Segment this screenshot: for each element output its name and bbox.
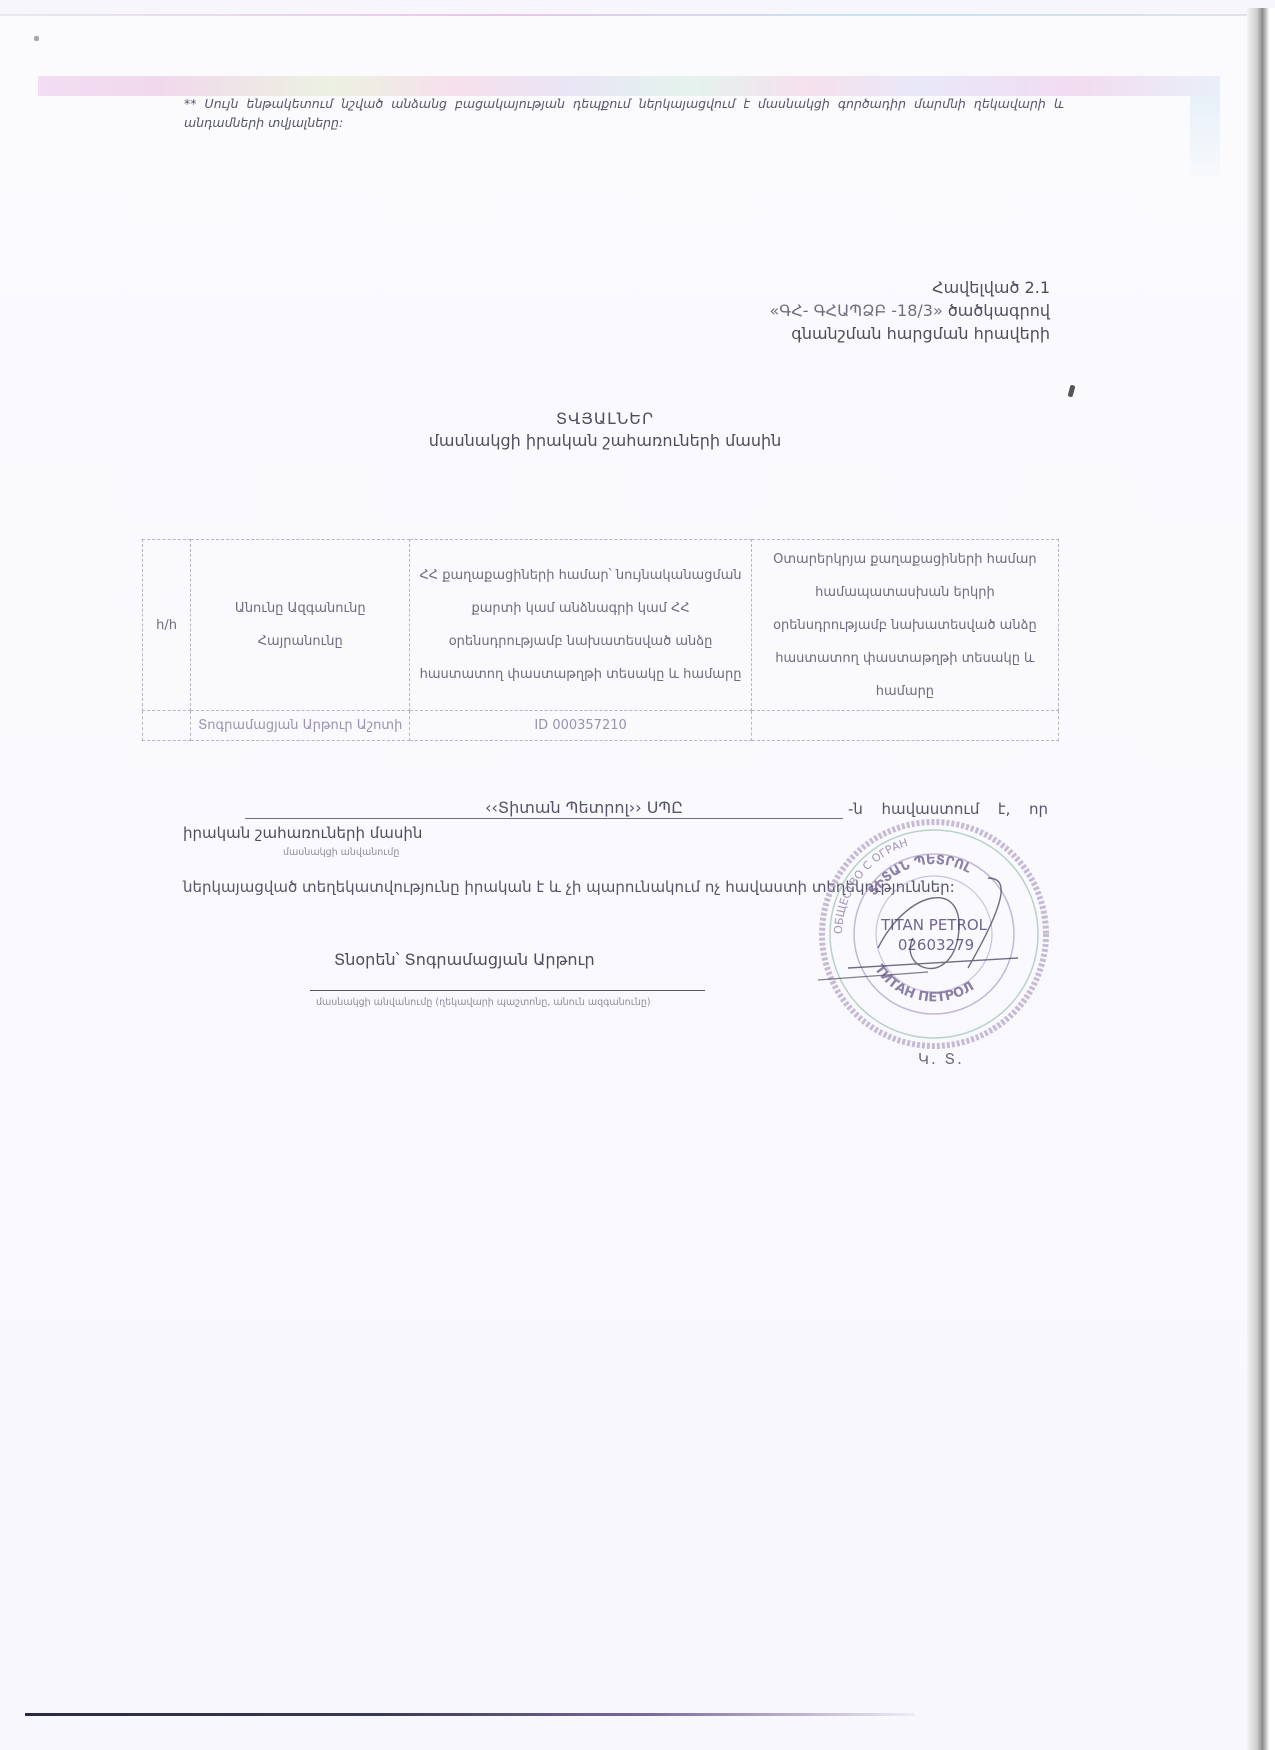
scan-speck — [34, 36, 39, 41]
director-name: Տնօրեն՝ Տոգրամացյան Արթուր — [334, 950, 595, 969]
annex-reference: Հավելված 2.1 «ԳՀ- ԳՀԱՊՁԲ -18/3» ծածկագրո… — [769, 276, 1050, 345]
seal-label: Կ. Տ. — [918, 1050, 964, 1068]
annex-code-line: «ԳՀ- ԳՀԱՊՁԲ -18/3» ծածկագրով — [769, 299, 1050, 322]
header-full-name: Անունը Ազգանունը Հայրանունը — [191, 540, 410, 711]
annex-number: Հավելված 2.1 — [769, 276, 1050, 299]
cell-number — [143, 711, 191, 741]
title-subtitle: մասնակցի իրական շահառուների մասին — [380, 430, 830, 452]
company-name: ‹‹Տիտան Պետրոլ›› ՍՊԸ — [245, 798, 843, 817]
scan-color-artifact — [38, 76, 1220, 96]
header-ra-citizen-document: ՀՀ քաղաքացիների համար՝ նույնականացման քա… — [410, 540, 752, 711]
document-title: ՏՎՅԱԼՆԵՐ մասնակցի իրական շահառուների մաս… — [380, 408, 830, 452]
beneficiaries-table: հ/հ Անունը Ազգանունը Հայրանունը ՀՀ քաղաք… — [142, 539, 1059, 741]
cell-ra-document: ID 000357210 — [410, 711, 752, 741]
signature-caption: մասնակցի անվանումը (ղեկավարի պաշտոնը, ան… — [316, 997, 651, 1008]
title-main: ՏՎՅԱԼՆԵՐ — [380, 408, 830, 430]
signature-line — [310, 990, 705, 991]
scanner-edge-shadow — [1247, 8, 1275, 1750]
scan-color-artifact-right — [1190, 96, 1220, 176]
company-stamp-icon: ОБЩЕСТВО С ОГРАН ՏԻՏԱՆ ՊԵՏՐՈԼ ТИТАН ПЕТР… — [818, 818, 1050, 1050]
svg-text:TITAN PETROL: TITAN PETROL — [880, 916, 988, 934]
footnote: ** Սույն ենթակետում նշված անձանց բացակայ… — [184, 94, 1064, 132]
svg-text:02603279: 02603279 — [898, 936, 974, 954]
cell-full-name: Տոգրամացյան Արթուր Աշոտի — [191, 711, 410, 741]
annex-code-suffix: ծածկագրով — [943, 301, 1050, 320]
header-foreign-citizen-document: Օտարերկրյա քաղաքացիների համար համապատասխ… — [751, 540, 1058, 711]
participant-caption: մասնակցի անվանումը — [283, 847, 399, 858]
page-top-edge — [0, 14, 1250, 16]
declaration-suffix: -ն հավաստում է, որ — [848, 800, 1048, 818]
declaration-line-2: իրական շահառուների մասին — [183, 824, 422, 842]
annex-invitation: գնանշման հարցման հրավերի — [769, 322, 1050, 345]
annex-code: «ԳՀ- ԳՀԱՊՁԲ -18/3» — [769, 301, 942, 320]
bottom-rule — [25, 1713, 915, 1716]
cell-foreign-document — [751, 711, 1058, 741]
table-row: Տոգրամացյան Արթուր Աշոտի ID 000357210 — [143, 711, 1059, 741]
table-header-row: հ/հ Անունը Ազգանունը Հայրանունը ՀՀ քաղաք… — [143, 540, 1059, 711]
header-number: հ/հ — [143, 540, 191, 711]
